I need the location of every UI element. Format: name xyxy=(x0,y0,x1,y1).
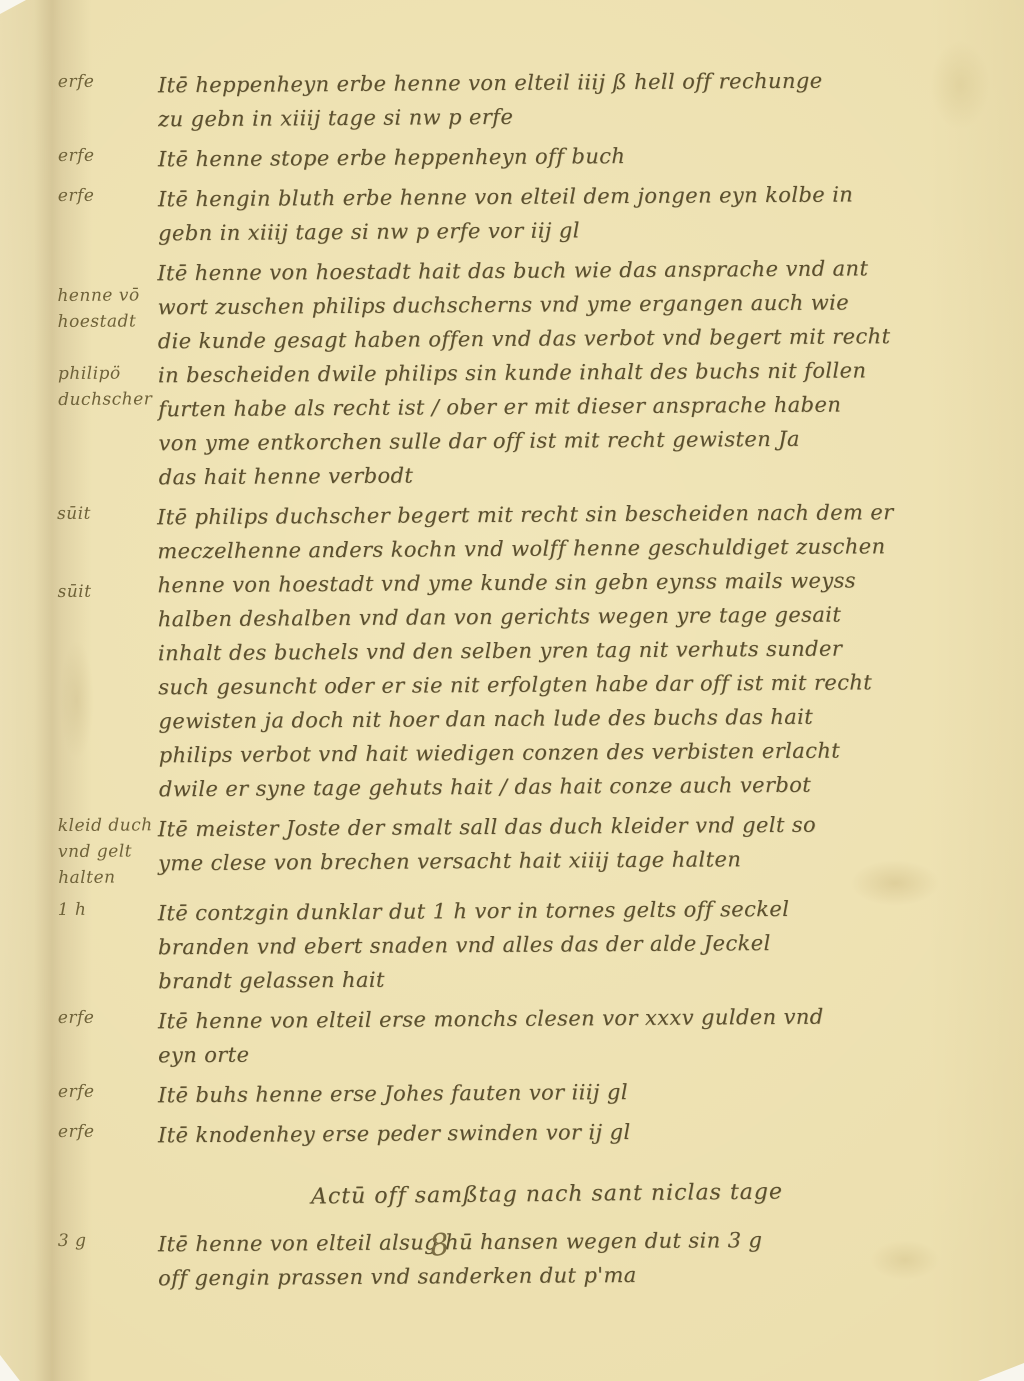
text-line: von yme entkorchen sulle dar off ist mit… xyxy=(158,421,974,461)
entry-text: Itē meister Joste der smalt sall das duc… xyxy=(158,807,974,881)
entry-text: Itē knodenhey erse peder swinden vor ij … xyxy=(158,1113,974,1153)
text-line: das hait henne verbodt xyxy=(159,455,975,495)
entry-list: erfeItē heppenheyn erbe henne von elteil… xyxy=(0,66,974,1156)
margin-note: erfe xyxy=(0,1118,158,1145)
text-line: zu gebn in xiiij tage si nw p erfe xyxy=(158,97,974,137)
margin-note-line: vnd gelt xyxy=(58,838,158,865)
margin-note-line xyxy=(57,256,157,283)
manuscript-entry: erfeItē henne von elteil erse monchs cle… xyxy=(0,999,974,1074)
entry-text: Itē hengin bluth erbe henne von elteil d… xyxy=(158,177,974,251)
date-heading: Actū off samßtag nach sant niclas tage xyxy=(120,1178,974,1212)
margin-note-line: henne vō xyxy=(57,282,157,309)
margin-note: erfe xyxy=(0,1078,158,1105)
text-line: gewisten ja doch nit hoer dan nach lude … xyxy=(158,699,974,739)
margin-note: 3 g xyxy=(0,1227,158,1254)
text-line: yme clese von brechen versacht hait xiii… xyxy=(158,841,974,881)
text-line: furten habe als recht ist / ober er mit … xyxy=(158,387,974,427)
entry-text: Itē contzgin dunklar dut 1 h vor in torn… xyxy=(158,891,975,999)
margin-note-line: philipö xyxy=(58,360,158,387)
margin-note-line: erfe xyxy=(58,1004,158,1031)
margin-note-line: sūit xyxy=(57,578,157,605)
text-line: meczelhenne anders kochn vnd wolff henne… xyxy=(157,529,973,569)
text-line: Itē henne von elteil erse monchs clesen … xyxy=(158,999,974,1039)
manuscript-entry: erfeItē heppenheyn erbe henne von elteil… xyxy=(0,63,974,138)
margin-note-line xyxy=(58,334,158,361)
entry-text: Itē heppenheyn erbe henne von elteil iii… xyxy=(158,63,974,137)
text-line: die kunde gesagt haben offen vnd das ver… xyxy=(158,319,974,359)
text-line: Itē henne von elteil alsug hū hansen weg… xyxy=(158,1222,974,1262)
text-line: gebn in xiiij tage si nw p erfe vor iij … xyxy=(158,211,974,251)
entry-text: Itē henne von elteil erse monchs clesen … xyxy=(158,999,974,1073)
text-line: Itē meister Joste der smalt sall das duc… xyxy=(158,807,974,847)
margin-note-line: erfe xyxy=(58,68,158,95)
text-line: Itē buhs henne erse Johes fauten vor iii… xyxy=(158,1073,974,1113)
margin-note: erfe xyxy=(0,182,158,209)
margin-note: erfe xyxy=(0,68,158,95)
text-line: inhalt des buchels vnd den selben yren t… xyxy=(158,631,974,671)
margin-note: erfe xyxy=(0,142,158,169)
text-line: brandt gelassen hait xyxy=(158,959,974,999)
manuscript-entry: kleid duchvnd gelthaltenItē meister Jost… xyxy=(0,807,974,892)
manuscript-entry: erfeItē knodenhey erse peder swinden vor… xyxy=(0,1113,974,1154)
margin-note-line: halten xyxy=(58,864,158,891)
manuscript-entry: 1 hItē contzgin dunklar dut 1 h vor in t… xyxy=(0,891,974,1000)
text-line: henne von hoestadt vnd yme kunde sin geb… xyxy=(157,563,973,603)
margin-note-line: erfe xyxy=(58,182,158,209)
margin-note: erfe xyxy=(0,1004,158,1031)
entry-text: Itē philips duchscher begert mit recht s… xyxy=(157,495,975,807)
text-line: Itē hengin bluth erbe henne von elteil d… xyxy=(158,177,974,217)
margin-note-line: kleid duch xyxy=(58,812,158,839)
text-line: eyn orte xyxy=(158,1033,974,1073)
dated-entry-list: 3 gItē henne von elteil alsug hū hansen … xyxy=(0,1225,974,1299)
text-line: Itē henne stope erbe heppenheyn off buch xyxy=(158,137,974,177)
entry-text: Itē henne stope erbe heppenheyn off buch xyxy=(158,137,974,177)
text-line: Itē philips duchscher begert mit recht s… xyxy=(157,495,973,535)
entry-text: Itē henne von hoestadt hait das buch wie… xyxy=(157,251,975,495)
manuscript-entry: 3 gItē henne von elteil alsug hū hansen … xyxy=(0,1222,974,1297)
text-line: halben deshalben vnd dan von gerichts we… xyxy=(158,597,974,637)
entry-text: Itē buhs henne erse Johes fauten vor iii… xyxy=(158,1073,974,1113)
manuscript-entry: erfeItē henne stope erbe heppenheyn off … xyxy=(0,137,974,178)
text-line: branden vnd ebert snaden vnd alles das d… xyxy=(158,925,974,965)
entry-text: Itē henne von elteil alsug hū hansen weg… xyxy=(158,1222,974,1296)
margin-note-line: hoestadt xyxy=(58,308,158,335)
text-line: Itē henne von hoestadt hait das buch wie… xyxy=(157,251,973,291)
margin-note-line: erfe xyxy=(58,1118,158,1145)
manuscript-entry: sūitsūitItē philips duchscher begert mit… xyxy=(0,495,975,808)
manuscript-entry: erfeItē buhs henne erse Johes fauten vor… xyxy=(0,1073,974,1114)
text-line: off gengin prassen vnd sanderken dut p'm… xyxy=(158,1256,974,1296)
manuscript-page: erfeItē heppenheyn erbe henne von elteil… xyxy=(0,0,1024,1381)
margin-note-line xyxy=(57,526,157,553)
margin-note-line xyxy=(57,552,157,579)
margin-note: 1 h xyxy=(0,896,158,923)
margin-note-line: erfe xyxy=(58,142,158,169)
text-line: Itē knodenhey erse peder swinden vor ij … xyxy=(158,1113,974,1153)
margin-note-line: 3 g xyxy=(58,1227,158,1254)
margin-note: henne vōhoestadtphilipöduchscher xyxy=(0,256,158,413)
manuscript-text-block: erfeItē heppenheyn erbe henne von elteil… xyxy=(0,0,1024,1381)
margin-note-line: 1 h xyxy=(58,896,158,923)
margin-note-line: erfe xyxy=(58,1078,158,1105)
margin-note: kleid duchvnd gelthalten xyxy=(0,812,158,891)
manuscript-entry: henne vōhoestadtphilipöduchscherItē henn… xyxy=(0,251,975,496)
margin-note-line: sūit xyxy=(57,500,157,527)
text-line: philips verbot vnd hait wiedigen conzen … xyxy=(159,733,975,773)
text-line: Itē contzgin dunklar dut 1 h vor in torn… xyxy=(158,891,974,931)
text-line: dwile er syne tage gehuts hait / das hai… xyxy=(159,767,975,807)
margin-note: sūitsūit xyxy=(0,500,158,605)
text-line: Itē heppenheyn erbe henne von elteil iii… xyxy=(158,63,974,103)
text-line: such gesuncht oder er sie nit erfolgten … xyxy=(158,665,974,705)
text-line: wort zuschen philips duchscherns vnd yme… xyxy=(157,285,973,325)
margin-note-line: duchscher xyxy=(58,386,158,413)
text-line: in bescheiden dwile philips sin kunde in… xyxy=(158,353,974,393)
manuscript-entry: erfeItē hengin bluth erbe henne von elte… xyxy=(0,177,974,252)
